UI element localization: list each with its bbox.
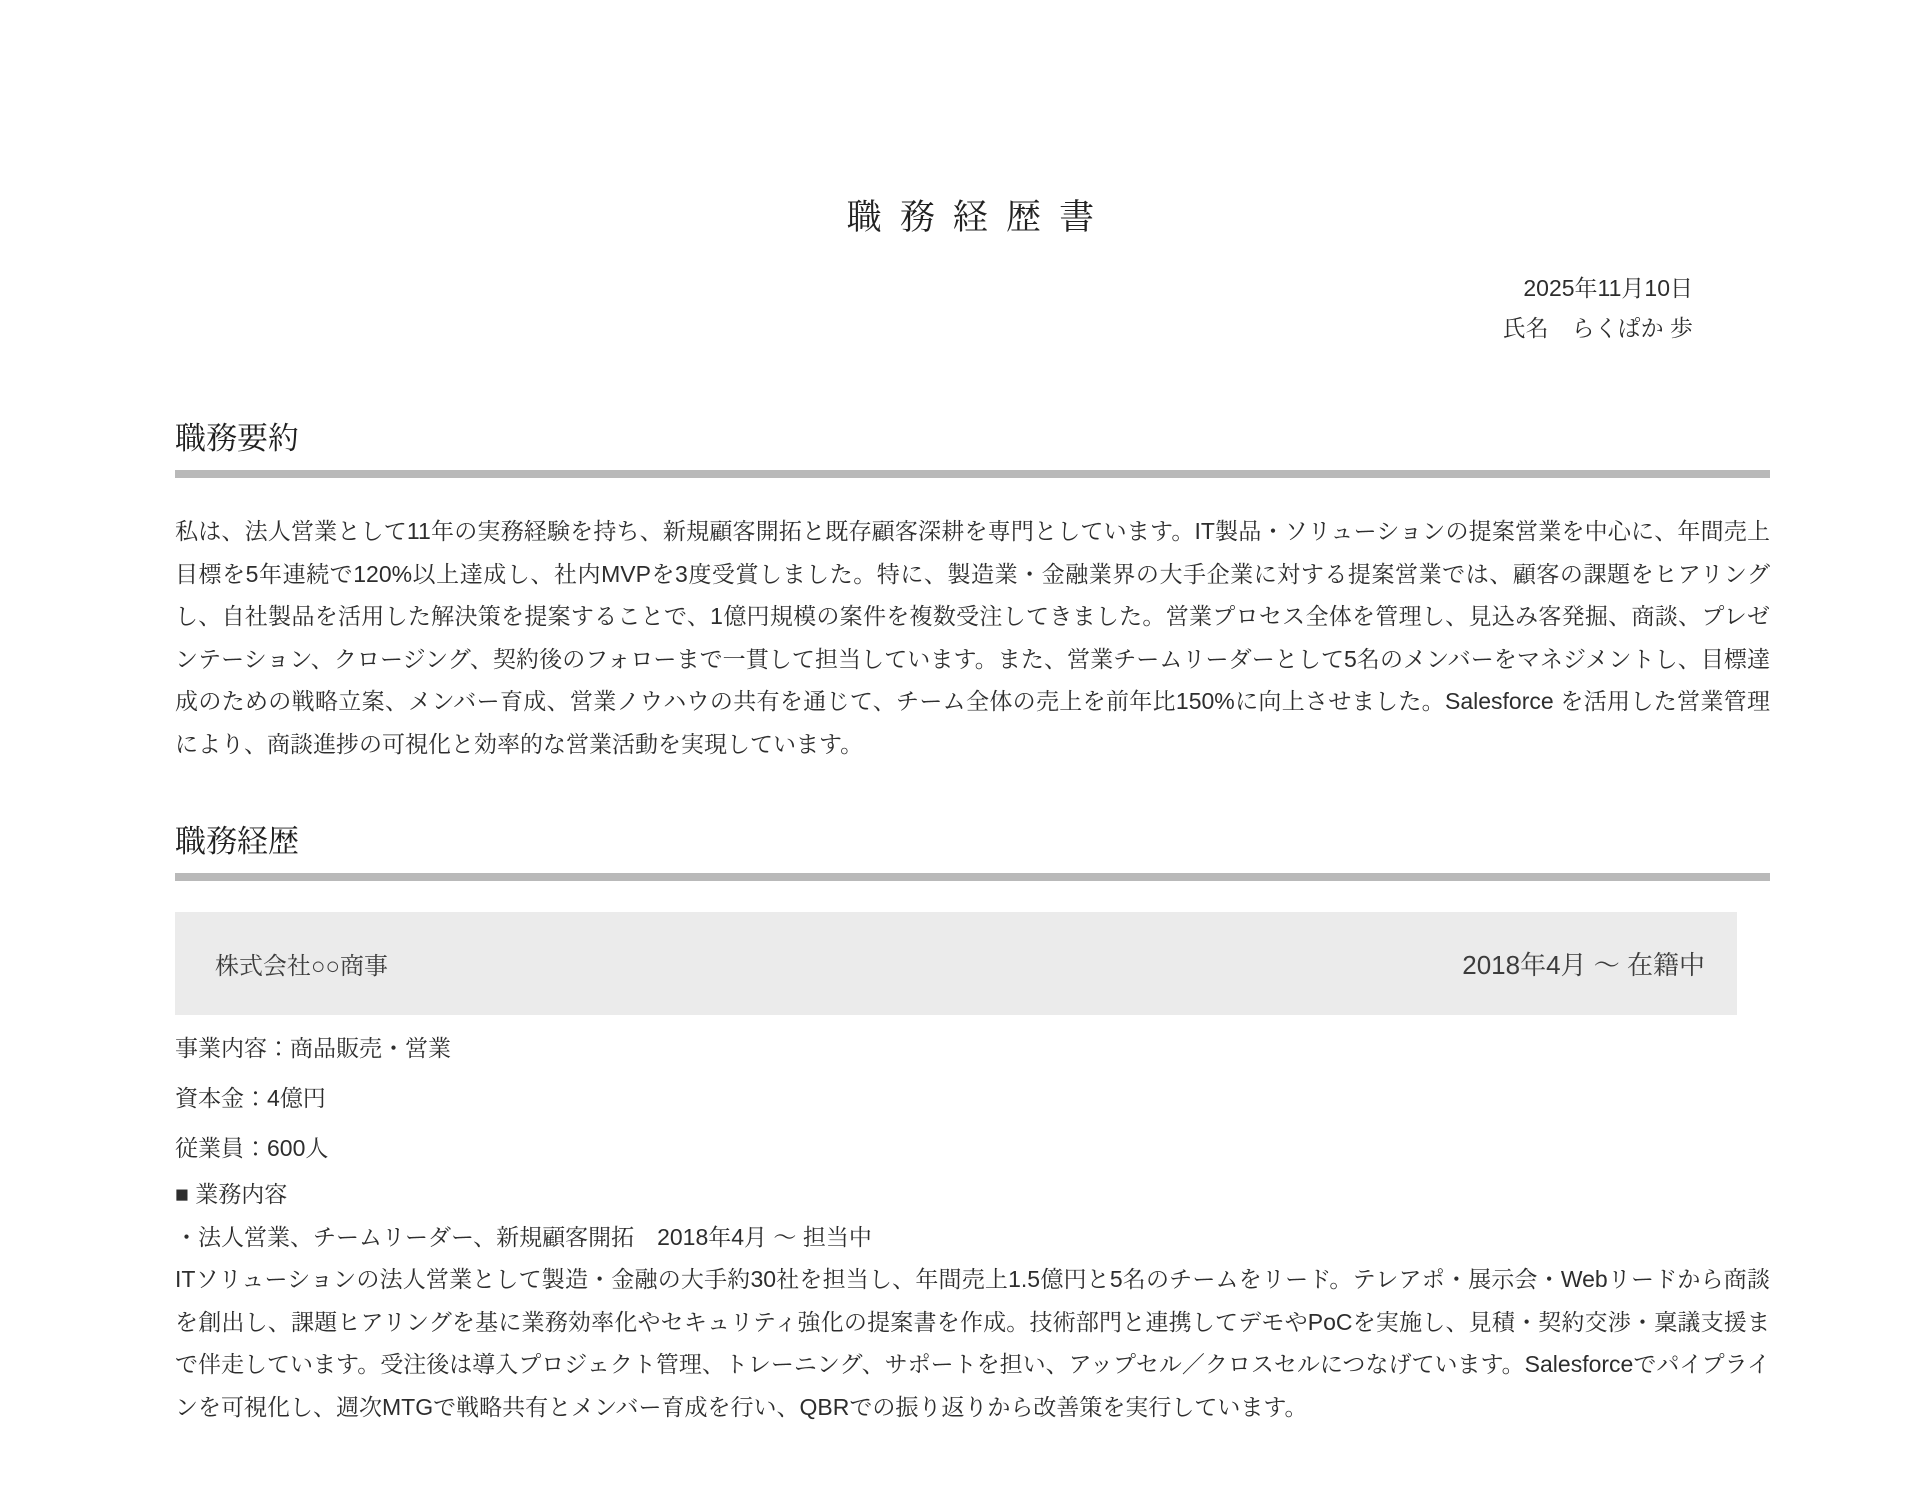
history-heading: 職務経歴	[175, 823, 1770, 861]
company-employees: 従業員：600人	[175, 1123, 1770, 1173]
resume-document: 職 務 経 歴 書 2025年11月10日 氏名 らくぱか 歩 職務要約 私は、…	[0, 0, 1920, 1511]
document-meta: 2025年11月10日 氏名 らくぱか 歩	[175, 268, 1770, 348]
applicant-name-line: 氏名 らくぱか 歩	[175, 308, 1693, 348]
history-heading-wrap: 職務経歴	[175, 823, 1770, 881]
section-divider	[175, 873, 1770, 881]
duties-block: ■ 業務内容 ・法人営業、チームリーダー、新規顧客開拓 2018年4月 〜 担当…	[175, 1173, 1770, 1428]
history-section: 職務経歴 株式会社○○商事 2018年4月 〜 在籍中 事業内容：商品販売・営業…	[175, 823, 1770, 1428]
company-name: 株式会社○○商事	[215, 946, 388, 981]
document-title: 職 務 経 歴 書	[175, 0, 1770, 240]
employment-period: 2018年4月 〜 在籍中	[1462, 945, 1705, 982]
company-capital: 資本金：4億円	[175, 1073, 1770, 1123]
summary-heading: 職務要約	[175, 420, 1770, 458]
company-header-bar: 株式会社○○商事 2018年4月 〜 在籍中	[175, 912, 1737, 1015]
section-divider	[175, 470, 1770, 478]
summary-heading-wrap: 職務要約	[175, 420, 1770, 478]
summary-body: 私は、法人営業として11年の実務経験を持ち、新規顧客開拓と既存顧客深耕を専門とし…	[175, 510, 1770, 765]
duties-role-line: ・法人営業、チームリーダー、新規顧客開拓 2018年4月 〜 担当中	[175, 1216, 1770, 1259]
company-business: 事業内容：商品販売・営業	[175, 1023, 1770, 1073]
summary-section: 職務要約 私は、法人営業として11年の実務経験を持ち、新規顧客開拓と既存顧客深耕…	[175, 420, 1770, 765]
duties-description: ITソリューションの法人営業として製造・金融の大手約30社を担当し、年間売上1.…	[175, 1258, 1770, 1428]
duties-heading: ■ 業務内容	[175, 1173, 1770, 1216]
company-details: 事業内容：商品販売・営業 資本金：4億円 従業員：600人	[175, 1023, 1770, 1173]
document-date: 2025年11月10日	[175, 268, 1693, 308]
